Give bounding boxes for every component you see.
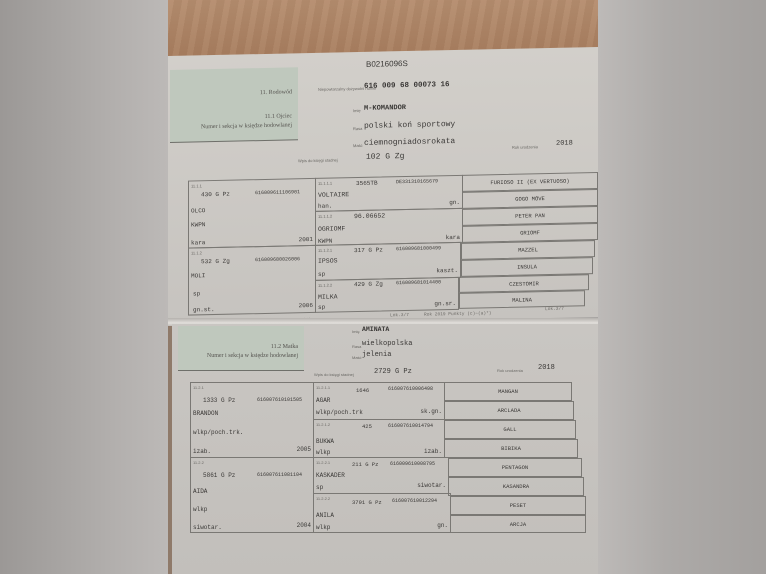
cell-name: VOLTAIRE <box>318 191 349 199</box>
horse-ueln: 616 009 68 00073 16 <box>364 81 450 91</box>
cell-color: gn.st. <box>193 306 215 313</box>
cell-id: 616007610006498 <box>388 386 433 392</box>
cell-code: 11.1.2.2 <box>318 283 332 288</box>
cell-reg: 317 G Pz <box>354 247 383 255</box>
cell-code: 11.2.1.2 <box>316 422 330 427</box>
horse-name: M-KOMANDOR <box>364 104 406 113</box>
background-right-blur <box>598 0 766 574</box>
horse-color: ciemnogniadosrokata <box>364 137 455 148</box>
cell-reg: 5861 G Pz <box>203 472 235 479</box>
cell-code: 11.1.2.1 <box>318 248 332 253</box>
horse-studbook: 102 G Zg <box>366 152 404 162</box>
cell-id: 616009610008795 <box>390 461 435 467</box>
cell-reg: 1333 G Pz <box>203 397 235 404</box>
cell-code: 11.1.1.1 <box>318 181 332 186</box>
cell-color: siwotar. <box>417 482 446 489</box>
cell-year: 2005 <box>297 446 311 453</box>
cell-breed: wlkp <box>193 506 207 513</box>
ancestor-cell: ARCJA <box>450 515 586 533</box>
pedigree-cell-olco: 11.1.1 430 G Pz 616009611106901 OLCO KWP… <box>188 178 316 249</box>
cell-id: 616009611106901 <box>255 189 300 196</box>
cell-name: MILKA <box>318 293 338 300</box>
horse-birth-year: 2018 <box>556 140 573 148</box>
cell-breed: wlkp <box>316 449 330 456</box>
registry-note: Numer i sekcja w księdze hodowlanej <box>201 122 292 130</box>
color-label: Maść <box>353 143 363 148</box>
ancestor-cell: ARCLADA <box>444 401 574 420</box>
pedigree-cell-voltaire: 11.1.1.1 3565TB DE331310165679 VOLTAIRE … <box>315 175 463 212</box>
cell-color: kara <box>191 239 205 246</box>
ancestor-cell: BIBIKA <box>444 439 578 458</box>
dam-name-label: Imię <box>352 329 360 334</box>
ancestor-cell: GALL <box>444 420 576 439</box>
dam-breed: wielkopolska <box>362 340 412 348</box>
cell-name: IPSOS <box>318 257 338 264</box>
cell-code: 11.2.1 <box>193 385 204 390</box>
cell-color: izab. <box>424 448 442 455</box>
breed-label: Rasa <box>353 126 362 131</box>
cell-reg: 425 <box>362 423 372 430</box>
cell-name: BRANDON <box>193 410 218 417</box>
footer-center: Rok 2019 Punkty (c)~(a)*) <box>424 311 492 317</box>
cell-year: 2006 <box>299 302 313 309</box>
cell-breed: wlkp/poch.trk. <box>193 429 243 436</box>
cell-name: OLCO <box>191 207 205 214</box>
cell-color: gn.sr. <box>434 300 456 307</box>
section-dam-label: 11.2 Matka <box>271 344 298 350</box>
pedigree-page-dam: 11.2 Matka Numer i sekcja w księdze hodo… <box>172 324 598 574</box>
cell-id: 616007610014794 <box>388 423 433 429</box>
dam-birth-year: 2018 <box>538 364 555 372</box>
pedigree-cell-aida: 11.2.2 5861 G Pz 616007611081104 AIDA wl… <box>190 457 314 533</box>
cell-reg: 532 G Zg <box>201 258 230 266</box>
pedigree-cell-agar: 11.2.1.1 1646 616007610006498 AGAR wlkp/… <box>313 382 445 420</box>
page-fold-shadow <box>168 326 172 574</box>
dam-studbook-label: Wpis do księgi stadnej <box>314 372 354 377</box>
cell-year: 2001 <box>299 236 313 243</box>
pedigree-cell-ipsos: 11.1.2.1 317 G Pz 616009681000499 IPSOS … <box>315 242 461 281</box>
background-left-blur <box>0 0 168 574</box>
pedigree-page-sire: B0216096S 11. Rodowód 11.1 Ojciec Numer … <box>168 47 598 326</box>
cell-name: AGAR <box>316 397 330 404</box>
cell-reg: 1646 <box>356 387 369 394</box>
cell-color: izab. <box>193 448 211 455</box>
dam-birth-year-label: Rok urodzenia <box>497 368 523 373</box>
pedigree-cell-brandon: 11.2.1 1333 G Pz 616007610101505 BRANDON… <box>190 382 314 458</box>
section-parents-label: 11. Rodowód <box>260 89 292 96</box>
pedigree-cell-bukwa: 11.2.1.2 425 616007610014794 BUKWA wlkp … <box>313 419 445 458</box>
cell-reg: 3565TB <box>356 180 378 187</box>
cell-code: 11.2.1.1 <box>316 385 330 390</box>
footer-right: Lok.3/7 <box>545 307 564 312</box>
cell-id: 616009681014400 <box>396 279 441 286</box>
cell-id: DE331310165679 <box>396 178 438 185</box>
dam-color: jelenia <box>362 351 391 359</box>
cell-code: 11.1.1 <box>191 183 202 188</box>
horse-breed: polski koń sportowy <box>364 120 455 131</box>
pedigree-grid-dam: 11.2.1 1333 G Pz 616007610101505 BRANDON… <box>190 382 600 532</box>
studbook-label: Wpis do księgi stadnej <box>298 157 338 163</box>
cell-breed: sp <box>318 271 325 278</box>
cell-id: 616007610101505 <box>257 397 302 403</box>
pedigree-cell-ogriomf: 11.1.1.2 96.06652 OGRIOMF KWPN kara <box>315 208 463 246</box>
cell-id: 616009680026006 <box>255 256 300 263</box>
cell-breed: sp <box>316 484 323 491</box>
pedigree-cell-milka: 11.1.2.2 429 G Zg 616009681014400 MILKA … <box>315 277 459 313</box>
birth-year-label: Rok urodzenia <box>512 144 538 150</box>
cell-id: 616007610012294 <box>392 498 437 504</box>
pedigree-grid-sire: 11.1.1 430 G Pz 616009611106901 OLCO KWP… <box>188 172 598 317</box>
cell-name: AIDA <box>193 488 207 495</box>
ancestor-cell: PENTAGON <box>448 458 582 477</box>
cell-color: gn. <box>437 522 448 529</box>
cell-breed: sp <box>318 304 325 311</box>
cell-name: KASKADER <box>316 472 345 479</box>
cell-reg: 429 G Zg <box>354 281 383 289</box>
cell-id: 616007611081104 <box>257 472 302 478</box>
cell-breed: wlkp/poch.trk <box>316 409 363 416</box>
document-serial: B0216096S <box>366 59 408 69</box>
section-box-sire: 11. Rodowód 11.1 Ojciec Numer i sekcja w… <box>170 67 298 143</box>
cell-breed: sp <box>193 290 200 297</box>
cell-code: 11.2.2.1 <box>316 460 330 465</box>
cell-code: 11.1.1.2 <box>318 214 332 219</box>
cell-color: gn. <box>449 199 460 206</box>
dam-name: AMINATA <box>362 326 389 333</box>
ancestor-cell: MANGAN <box>444 382 572 401</box>
cell-breed: KWPN <box>191 221 205 228</box>
cell-breed: wlkp <box>316 524 330 531</box>
cell-id: 616009681000499 <box>396 245 441 252</box>
cell-reg: 96.06652 <box>354 212 385 220</box>
cell-name: ANILA <box>316 512 334 519</box>
dam-breed-label: Rasa <box>352 344 361 349</box>
pedigree-cell-kaskader: 11.2.2.1 211 G Pz 616009610008795 KASKAD… <box>313 457 449 494</box>
pedigree-cell-anila: 11.2.2.2 3791 G Pz 616007610012294 ANILA… <box>313 493 451 533</box>
section-sire-label: 11.1 Ojciec <box>265 113 292 120</box>
ancestor-cell: KASANDRA <box>448 477 584 496</box>
cell-name: MOLI <box>191 272 205 279</box>
cell-year: 2004 <box>297 522 311 529</box>
dam-color-label: Maść <box>352 355 362 360</box>
cell-code: 11.2.2 <box>193 460 204 465</box>
registry-note: Numer i sekcja w księdze hodowlanej <box>207 353 298 359</box>
section-box-dam: 11.2 Matka Numer i sekcja w księdze hodo… <box>178 326 304 371</box>
ancestor-cell: MALINA <box>459 290 585 309</box>
cell-code: 11.2.2.2 <box>316 496 330 501</box>
cell-color: siwotar. <box>193 524 222 531</box>
cell-color: kaszt. <box>436 267 458 274</box>
cell-breed: han. <box>318 203 332 210</box>
name-label: Imię <box>353 108 361 113</box>
cell-code: 11.1.2 <box>191 250 202 255</box>
cell-reg: 430 G Pz <box>201 191 230 199</box>
ancestor-cell: PESET <box>450 496 586 515</box>
cell-name: OGRIOMF <box>318 225 345 233</box>
pedigree-cell-moli: 11.1.2 532 G Zg 616009680026006 MOLI sp … <box>188 245 316 316</box>
dam-studbook: 2729 G Pz <box>374 368 412 376</box>
cell-color: sk.gn. <box>420 408 442 415</box>
cell-reg: 3791 G Pz <box>352 499 382 506</box>
cell-color: kara <box>446 234 460 241</box>
cell-name: BUKWA <box>316 438 334 445</box>
cell-reg: 211 G Pz <box>352 461 378 468</box>
